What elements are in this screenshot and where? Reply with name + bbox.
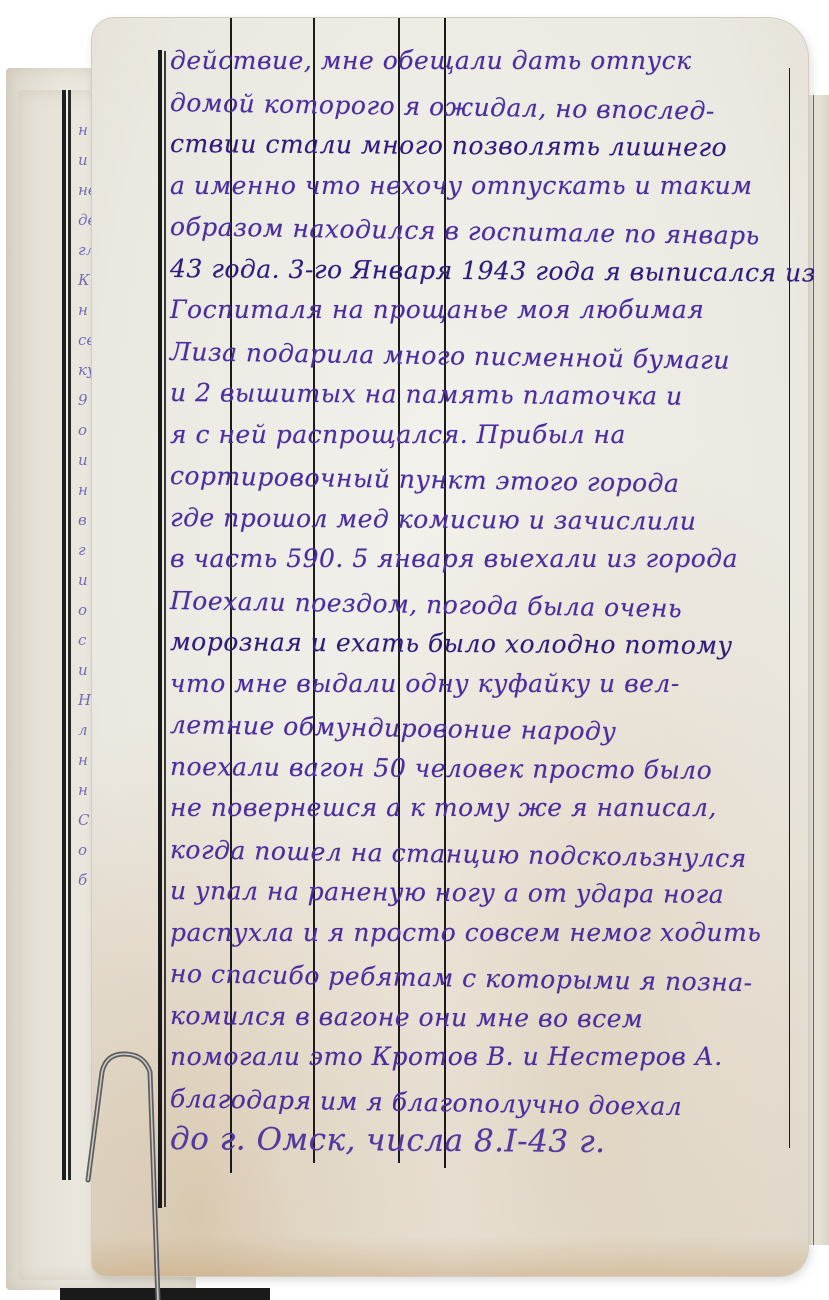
text-line: помогали это Кротов В. и Нестеров А. bbox=[170, 1036, 800, 1078]
text-line: ствии стали много позволять лишнего bbox=[170, 123, 800, 169]
text-line: распухла и я просто совсем немог ходить bbox=[170, 912, 800, 954]
text-line: Госпиталя на прощанье моя любимая bbox=[170, 289, 800, 331]
text-line: действие, мне обещали дать отпуск bbox=[170, 40, 800, 82]
text-line: а именно что нехочу отпускать и таким bbox=[170, 165, 800, 207]
back-page-margin-rule-inner bbox=[62, 90, 68, 1180]
text-line: в часть 590. 5 января выехали из города bbox=[170, 538, 800, 580]
text-line: я с ней распрощался. Прибыл на bbox=[170, 414, 800, 456]
text-line: поехали вагон 50 человек просто было bbox=[170, 746, 800, 792]
margin-double-rule bbox=[158, 50, 162, 1208]
text-line: и 2 вышитых на память платочка и bbox=[170, 372, 800, 418]
text-line: 43 года. 3-го Января 1943 года я выписал… bbox=[170, 248, 800, 294]
text-line: и упал на раненую ногу а от удара нога bbox=[170, 870, 800, 916]
text-line: комился в вагоне они мне во всем bbox=[170, 995, 800, 1041]
text-line: где прошол мед комисию и зачислили bbox=[170, 497, 800, 543]
handwritten-text: действие, мне обещали дать отпуск домой … bbox=[170, 40, 800, 1161]
text-line: морозная и ехать было холодно потому bbox=[170, 621, 800, 667]
paperclip-icon bbox=[80, 1050, 164, 1300]
diary-page: действие, мне обещали дать отпуск домой … bbox=[92, 18, 808, 1276]
text-line: не повернешся а к тому же я написал, bbox=[170, 787, 800, 829]
closing-line-date: до г. Омск, числа 8.I-43 г. bbox=[170, 1119, 800, 1165]
text-line: что мне выдали одну куфайку и вел- bbox=[170, 663, 800, 705]
